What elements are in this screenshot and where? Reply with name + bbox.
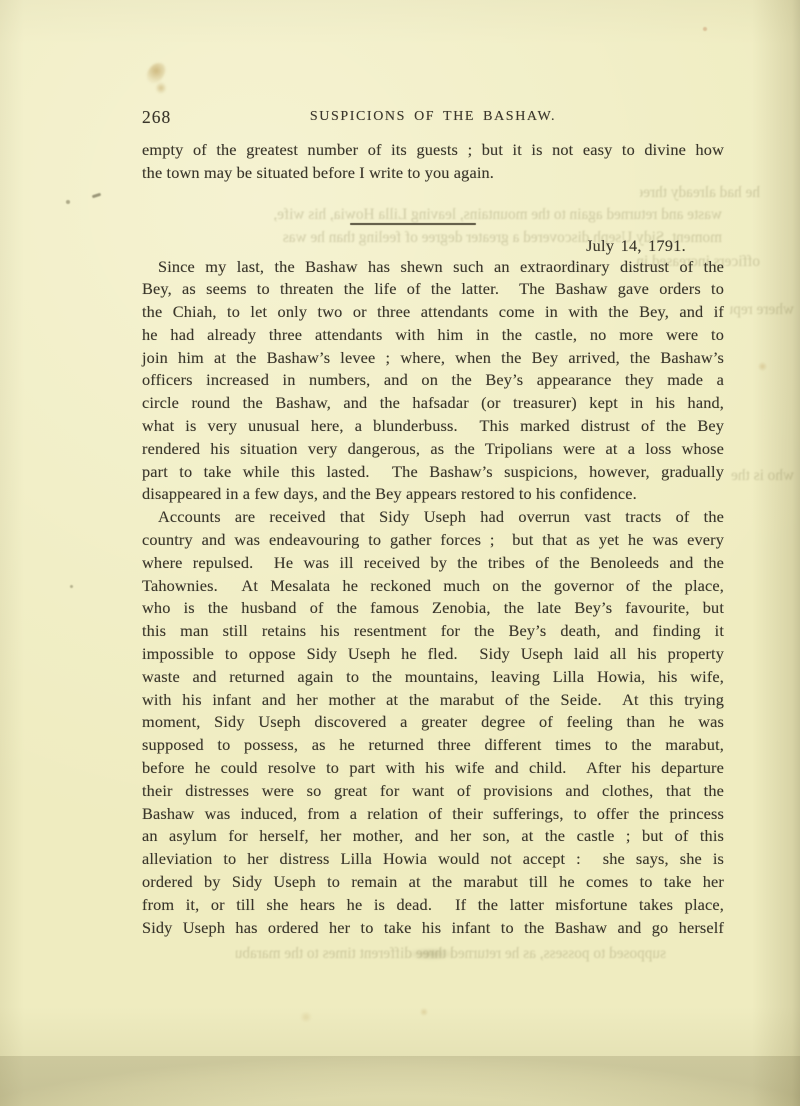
body-text-line: impossible to oppose Sidy Useph he fled.… xyxy=(142,643,724,666)
body-text-line: Since my last, the Bashaw has shewn such… xyxy=(142,256,724,279)
bleedthrough-line: he had already three attendants with him… xyxy=(640,183,760,203)
body-text-line: rendered his situation very dangerous, a… xyxy=(142,438,724,461)
body-text-line: this man still retains his resentment fo… xyxy=(142,620,724,643)
body-text-line: officers increased in numbers, and on th… xyxy=(142,369,724,392)
body-text-line: empty of the greatest number of its gues… xyxy=(142,139,724,162)
bleedthrough-line: where repulsed. He was ill received by t… xyxy=(730,300,794,320)
paragraph-sidy-useph: Accounts are received that Sidy Useph ha… xyxy=(142,506,724,939)
foxing-spot xyxy=(420,1008,428,1016)
body-text-line: the town may be situated before I write … xyxy=(142,162,724,185)
body-text-line: before he could resolve to part with his… xyxy=(142,757,724,780)
letter-dateline: July 14, 1791. xyxy=(586,237,686,256)
body-text-line: from it, or till she hears he is dead. I… xyxy=(142,894,724,917)
paper-stain xyxy=(144,60,168,87)
foxing-spot xyxy=(758,362,767,371)
paper-stain xyxy=(156,82,166,94)
paragraph-continuation: empty of the greatest number of its gues… xyxy=(142,139,724,185)
letter-body: Since my last, the Bashaw has shewn such… xyxy=(142,256,724,940)
body-text-line: waste and returned again to the mountain… xyxy=(142,666,724,689)
body-text-line: their distresses were so great for want … xyxy=(142,780,724,803)
bleedthrough-line: waste and returned again to the mountain… xyxy=(182,205,722,225)
body-text-line: ordered by Sidy Useph to remain at the m… xyxy=(142,871,724,894)
body-text-line: join him at the Bashaw’s levee ; where, … xyxy=(142,347,724,370)
paragraph-bashaw-distrust: Since my last, the Bashaw has shewn such… xyxy=(142,256,724,507)
body-text-line: the Chiah, to let only two or three atte… xyxy=(142,301,724,324)
body-text-line: where repulsed. He was ill received by t… xyxy=(142,552,724,575)
paper-speck xyxy=(70,585,73,588)
body-text-line: moment, Sidy Useph discovered a greater … xyxy=(142,711,724,734)
body-text-line: circle round the Bashaw, and the hafsada… xyxy=(142,392,724,415)
body-text-line: Bashaw was induced, from a relation of t… xyxy=(142,803,724,826)
body-text-line: country and was endeavouring to gather f… xyxy=(142,529,724,552)
signature-mark-bleedthrough xyxy=(408,948,454,960)
foxing-spot xyxy=(300,1012,312,1022)
body-text-line: Accounts are received that Sidy Useph ha… xyxy=(142,506,724,529)
running-header-title: SUSPICIONS OF THE BASHAW. xyxy=(142,109,724,125)
body-text-line: he had already three attendants with him… xyxy=(142,324,724,347)
body-text-line: Tahownies. At Mesalata he reckoned much … xyxy=(142,575,724,598)
section-divider-rule xyxy=(350,223,476,225)
body-text-line: Bey, as seems to threaten the life of th… xyxy=(142,278,724,301)
body-text-line: who is the husband of the famous Zenobia… xyxy=(142,597,724,620)
bleedthrough-line: supposed to possess, as he returned thre… xyxy=(236,944,666,964)
body-text-line: with his infant and her mother at the ma… xyxy=(142,689,724,712)
body-text-line: what is very unusual here, a blunderbuss… xyxy=(142,415,724,438)
paper-speck xyxy=(66,200,70,204)
body-text-line: disappeared in a few days, and the Bey a… xyxy=(142,483,724,506)
paper-speck xyxy=(703,27,707,31)
ink-mark xyxy=(92,193,101,199)
page-header: 268 SUSPICIONS OF THE BASHAW. xyxy=(142,107,724,129)
body-text-line: supposed to possess, as he returned thre… xyxy=(142,734,724,757)
bleedthrough-line: who is the husband of the famous Zenobia… xyxy=(730,466,794,486)
book-page-scan: he had already three attendants with him… xyxy=(0,0,800,1106)
body-text-line: alleviation to her distress Lilla Howia … xyxy=(142,848,724,871)
body-text-line: Sidy Useph has ordered her to take his i… xyxy=(142,917,724,940)
body-text-line: an asylum for herself, her mother, and h… xyxy=(142,825,724,848)
body-text-line: part to take while this lasted. The Bash… xyxy=(142,461,724,484)
